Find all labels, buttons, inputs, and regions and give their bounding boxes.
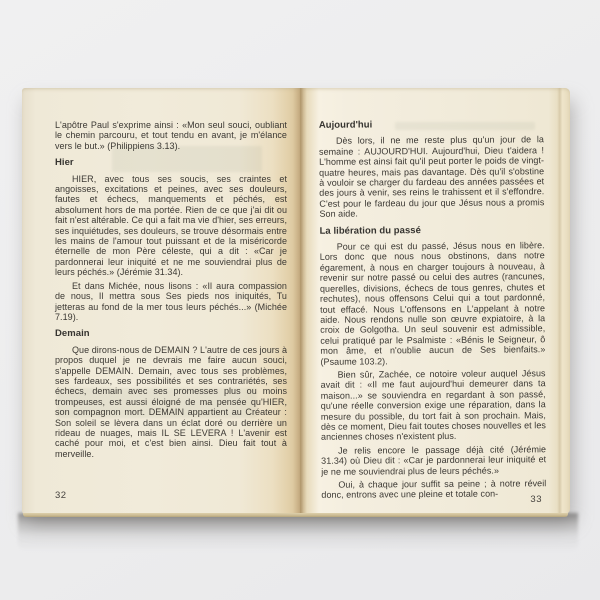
paragraph: Oui, à chaque jour suffit sa peine ; à n… [321,478,546,500]
paragraph: Que dirons-nous de DEMAIN ? L'autre de c… [55,345,287,459]
book-bottom-shadow [18,513,578,551]
paragraph: Dès lors, il ne me reste plus qu'un jour… [319,135,545,220]
open-book: L'apôtre Paul s'exprime ainsi : «Mon seu… [22,88,570,514]
page-number-right: 33 [530,494,542,505]
page-content-right: Aujourd'huiDès lors, il ne me reste plus… [300,88,570,501]
section-heading: Hier [55,158,287,168]
page-content-left: L'apôtre Paul s'exprime ainsi : «Mon seu… [22,88,300,459]
paragraph: Je relis encore le passage déjà cité (Jé… [321,444,546,477]
paragraph: HIER, avec tous ses soucis, ses craintes… [55,174,287,278]
section-heading: Aujourd'hui [319,119,544,131]
page-number-left: 32 [55,490,67,501]
book-page-right: Aujourd'huiDès lors, il ne me reste plus… [300,88,570,514]
section-heading: Demain [55,329,287,339]
paragraph: Bien sûr, Zachée, ce notoire voleur auqu… [321,368,547,442]
section-heading: La libération du passé [320,225,545,237]
paragraph: Et dans Michée, nous lisons : «Il aura c… [55,281,287,323]
paragraph: L'apôtre Paul s'exprime ainsi : «Mon seu… [55,120,287,151]
photo-background: L'apôtre Paul s'exprime ainsi : «Mon seu… [0,0,600,600]
book-page-left: L'apôtre Paul s'exprime ainsi : «Mon seu… [22,88,300,514]
paragraph: Pour ce qui est du passé, Jésus nous en … [320,240,546,366]
